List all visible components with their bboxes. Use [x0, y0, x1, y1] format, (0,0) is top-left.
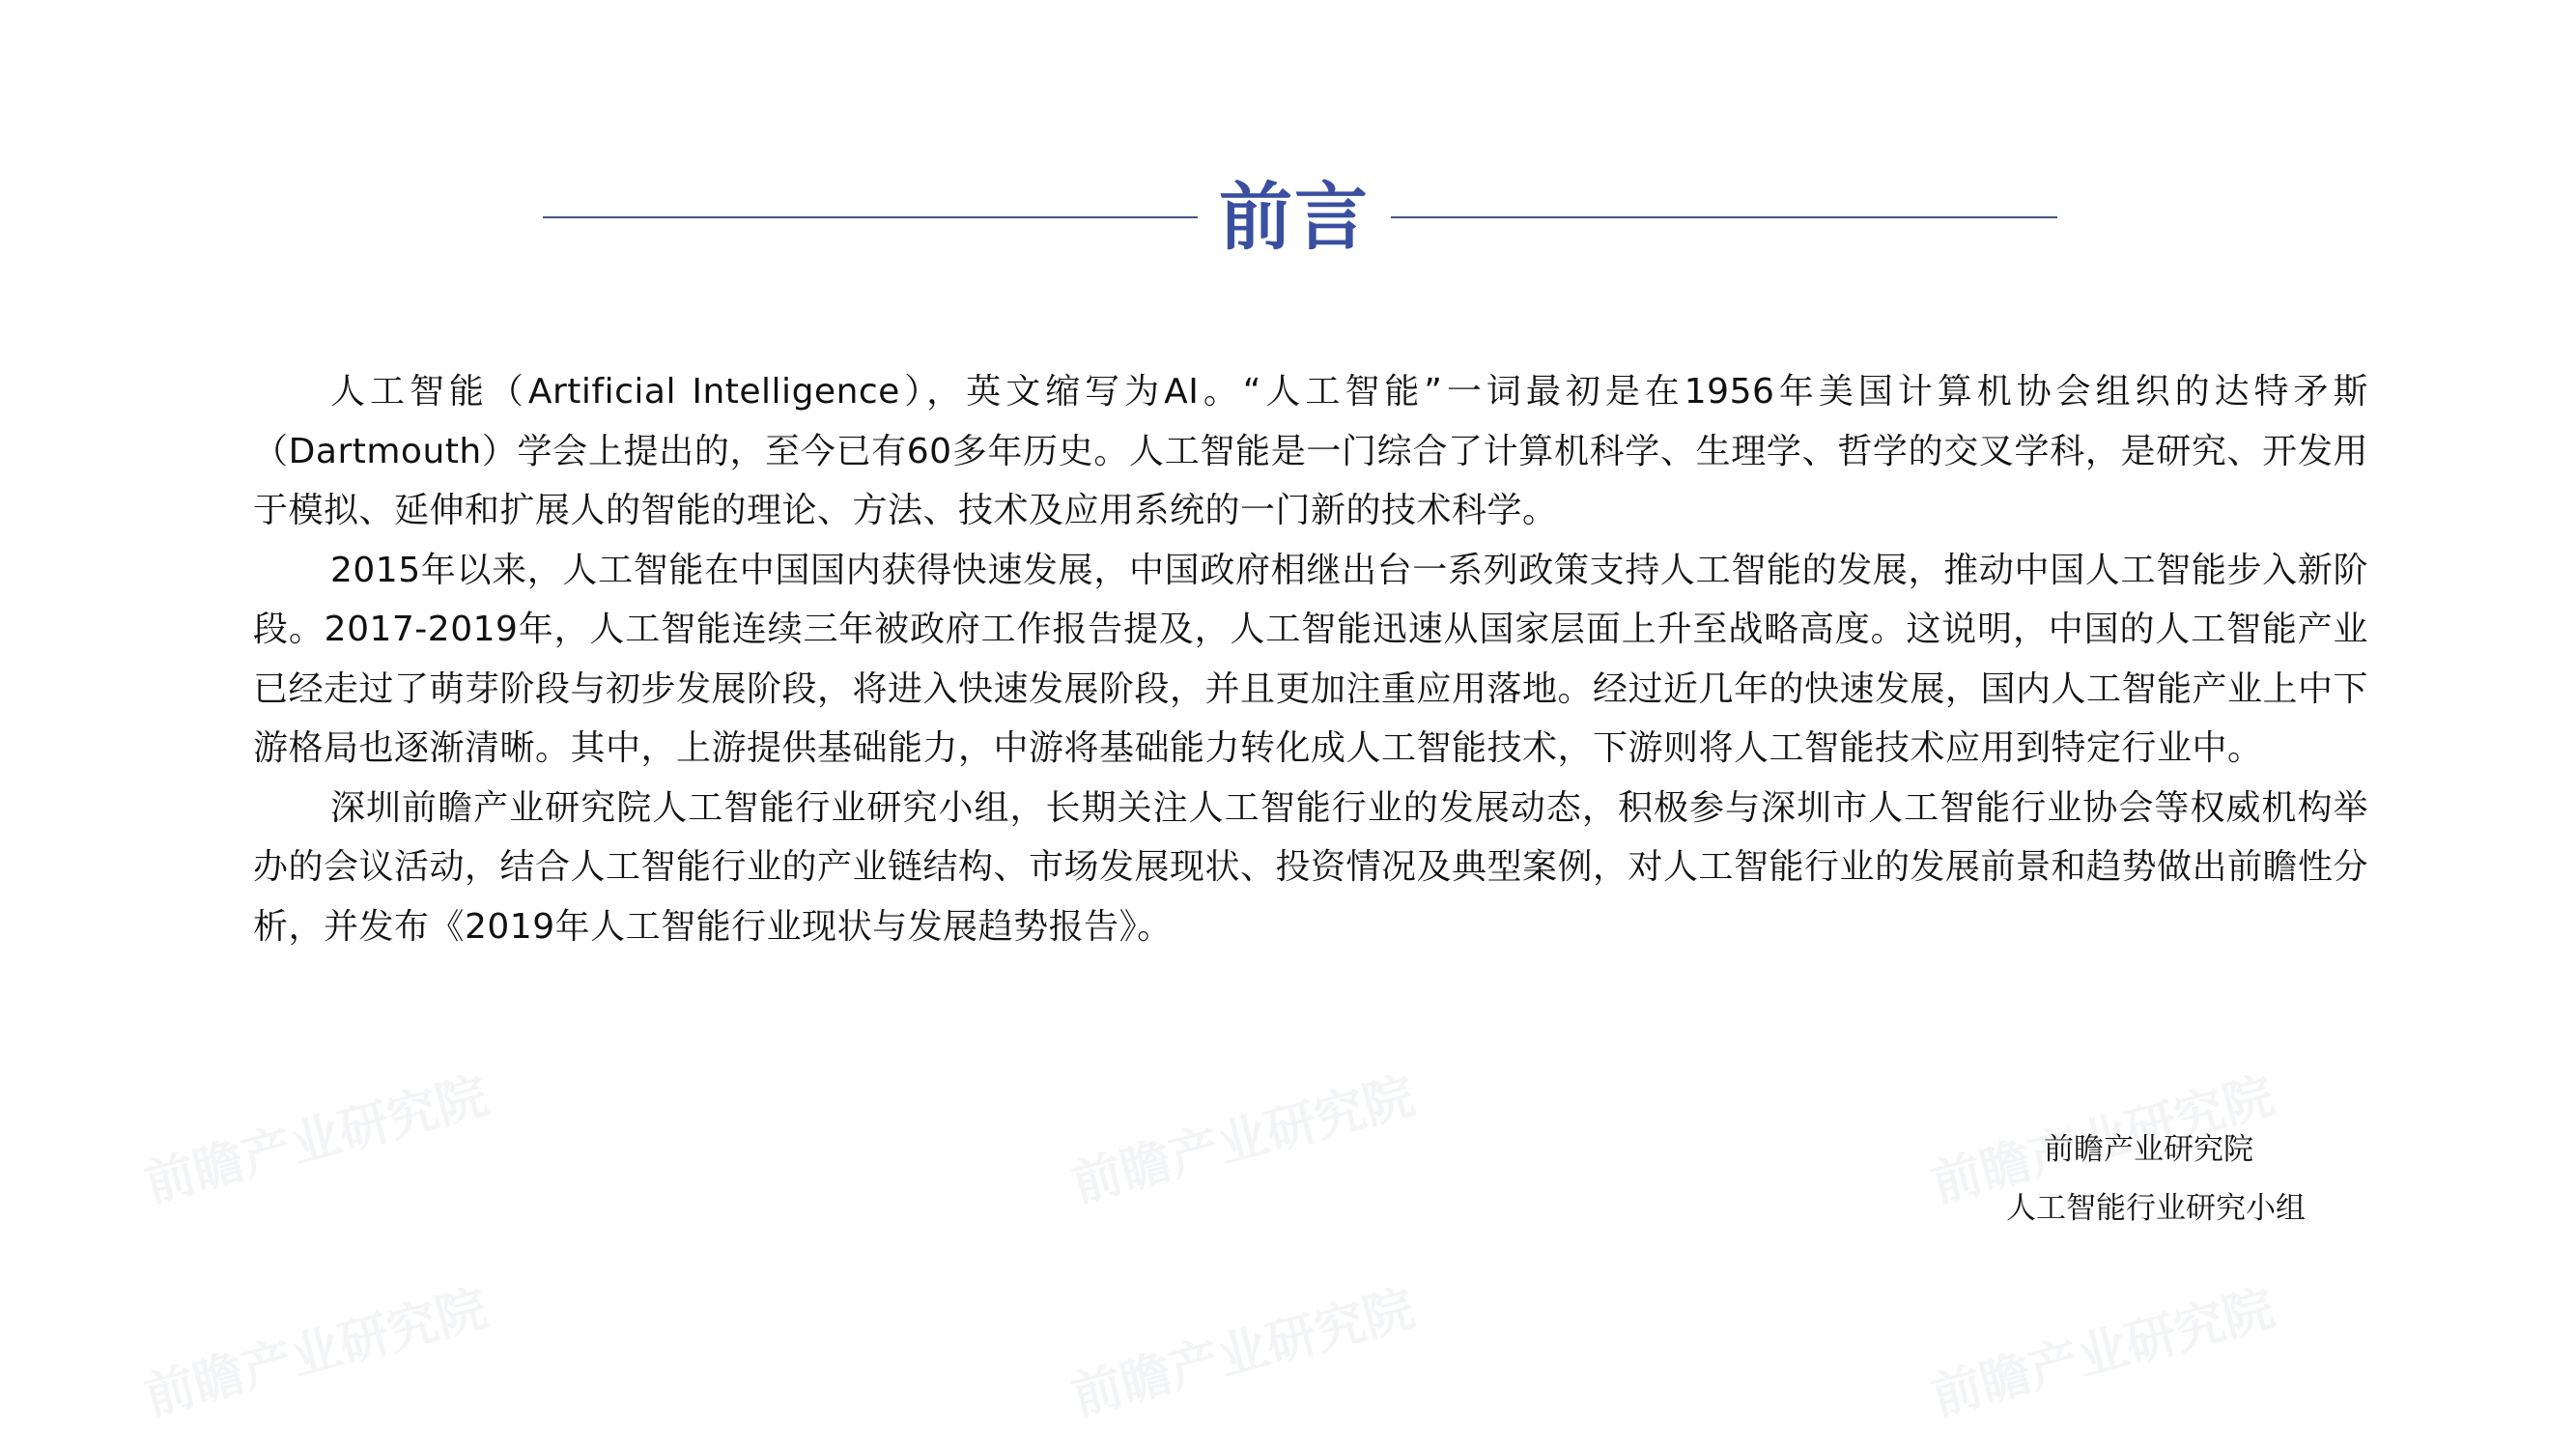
watermark: 前瞻产业研究院 [135, 1267, 494, 1429]
paragraph-2: 2015年以来，人工智能在中国国内获得快速发展，中国政府相继出台一系列政策支持人… [253, 541, 2368, 779]
page-title: 前言 [1209, 174, 1379, 261]
paragraph-3: 深圳前瞻产业研究院人工智能行业研究小组，长期关注人工智能行业的发展动态，积极参与… [253, 779, 2368, 957]
watermark: 前瞻产业研究院 [1922, 1267, 2280, 1429]
watermark: 前瞻产业研究院 [1062, 1267, 1421, 1429]
signature-org: 前瞻产业研究院 [2006, 1121, 2253, 1179]
signature: 前瞻产业研究院 人工智能行业研究小组 [2006, 1121, 2306, 1238]
paragraph-1: 人工智能（Artificial Intelligence），英文缩写为AI。“人… [253, 362, 2368, 541]
watermark: 前瞻产业研究院 [1062, 1055, 1421, 1216]
title-divider-right [1391, 216, 2057, 218]
title-divider-left [543, 216, 1198, 218]
preface-body: 人工智能（Artificial Intelligence），英文缩写为AI。“人… [253, 362, 2368, 956]
title-row: 前言 [0, 174, 2576, 261]
watermark: 前瞻产业研究院 [135, 1055, 494, 1216]
signature-team: 人工智能行业研究小组 [2006, 1179, 2306, 1238]
